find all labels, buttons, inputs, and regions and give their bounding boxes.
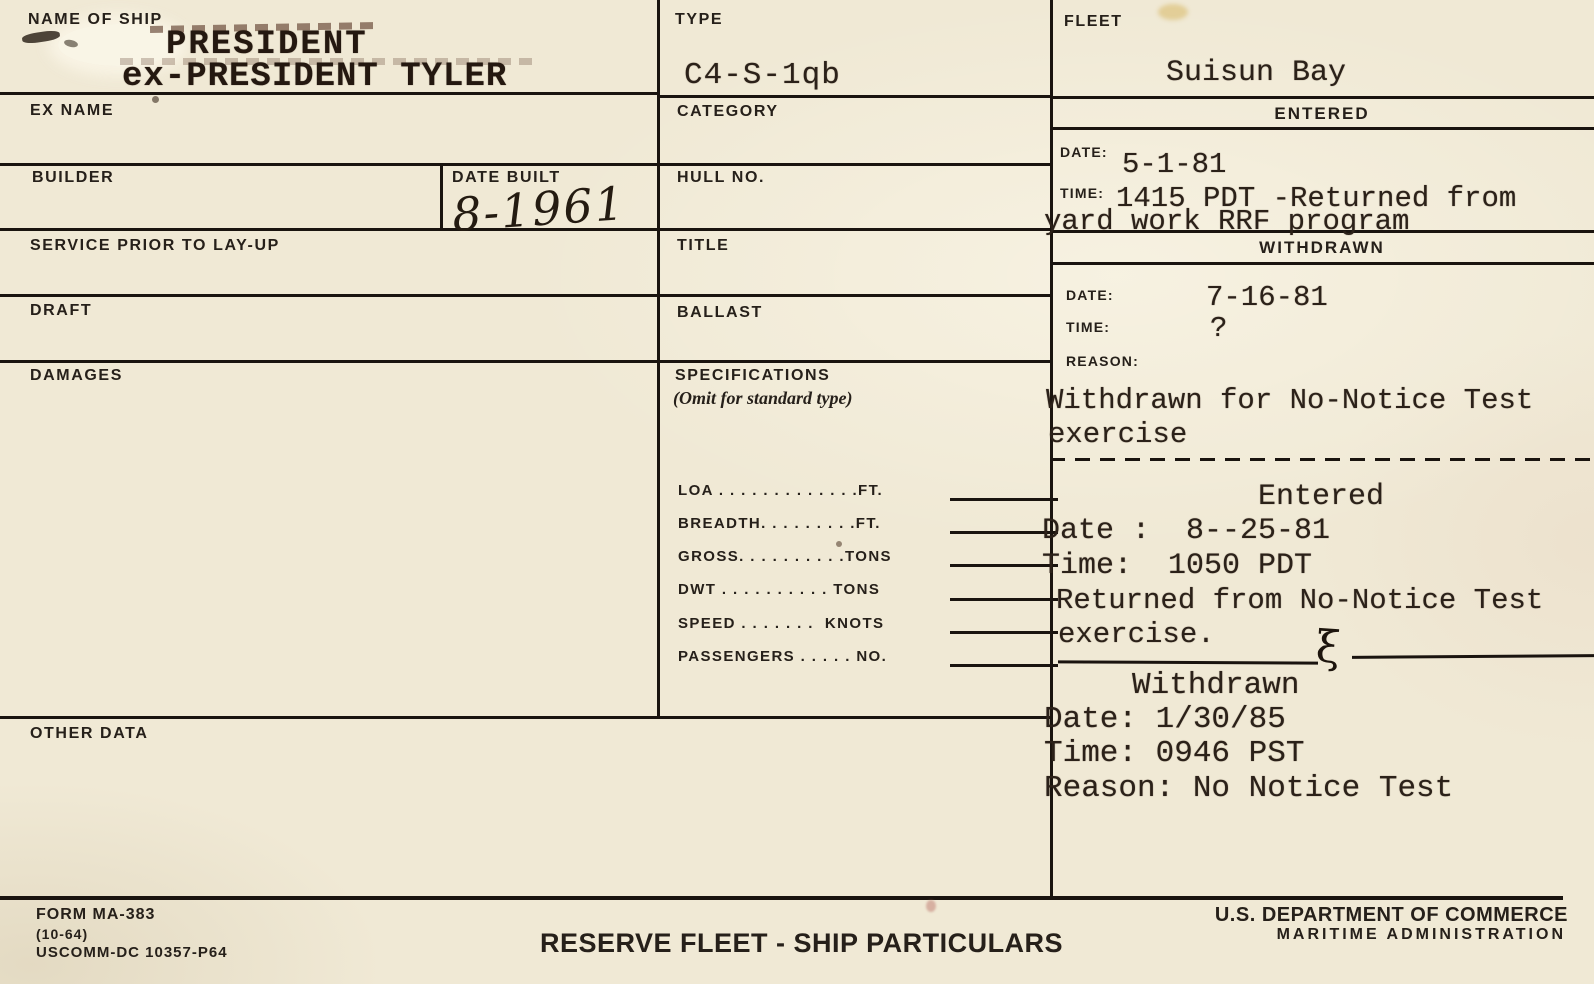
scan-smudge [21,29,60,44]
grid-line [1050,127,1594,130]
spec-speed-label: SPEED . . . . . . . KNOTS [678,615,884,632]
specifications-label: SPECIFICATIONS [675,368,830,384]
withdrawn2-heading: Withdrawn [1132,670,1299,701]
title-label: TITLE [677,238,729,254]
spec-loa-blank [950,498,1058,501]
damages-label: DAMAGES [30,368,123,384]
entered2-time-line: Time: 1050 PDT [1042,551,1312,581]
type-label: TYPE [675,12,723,28]
entered-time-label: TIME: [1060,186,1104,200]
other-data-label: OTHER DATA [30,726,149,742]
withdrawn2-time-line: Time: 0946 PST [1044,738,1304,769]
date-built-value-handwritten: 8-1961 [450,176,627,242]
withdrawn-reason-line2: exercise [1048,420,1187,449]
spec-breadth-label: BREADTH. . . . . . . . .FT. [678,515,881,532]
withdrawn-time-value: ? [1210,314,1227,343]
grid-line [0,294,1050,297]
withdrawn-time-label: TIME: [1066,320,1110,334]
grid-line [0,163,1050,166]
withdrawn-reason-line1: Withdrawn for No-Notice Test [1046,386,1533,415]
grid-line [440,163,443,228]
grid-line [657,95,1050,98]
withdrawn2-date-line: Date: 1/30/85 [1044,704,1286,735]
grid-line [1050,262,1594,265]
draft-label: DRAFT [30,303,92,319]
fleet-label: FLEET [1064,14,1123,30]
spec-dwt-label: DWT . . . . . . . . . . TONS [678,581,880,598]
hull-no-label: HULL NO. [677,170,765,186]
agency-division: MARITIME ADMINISTRATION [1277,926,1566,944]
entered-note-value: yard work RRF program [1044,207,1409,236]
grid-line [0,716,1050,719]
entered2-note-line2: exercise. [1058,620,1215,649]
spec-gross-label: GROSS. . . . . . . . . .TONS [678,548,892,565]
spec-speed-blank [950,631,1058,634]
withdrawn-section-header: WITHDRAWN [1050,238,1594,258]
name-of-ship-label: NAME OF SHIP [28,12,163,28]
specifications-note: (Omit for standard type) [673,388,853,409]
hand-drawn-line [1352,654,1594,659]
type-value: C4-S-1qb [684,60,841,91]
grid-line [0,360,1050,363]
ex-name-label: EX NAME [30,103,114,119]
withdrawn-date-value: 7-16-81 [1206,283,1328,312]
grid-line [1050,96,1594,99]
card-bottom-border [0,896,1563,900]
dashed-separator [1050,458,1594,461]
grid-line [657,0,660,716]
scan-speck [836,541,842,547]
entered-date-label: DATE: [1060,145,1108,159]
builder-label: BUILDER [32,170,114,186]
form-revision: (10-64) [36,926,88,942]
withdrawn-reason-label: REASON: [1066,354,1139,368]
ballast-label: BALLAST [677,305,763,321]
withdrawn2-reason-line: Reason: No Notice Test [1044,773,1453,804]
form-number: FORM MA-383 [36,906,155,924]
entered2-date-line: Date : 8--25-81 [1042,516,1330,546]
card-title: RESERVE FLEET - SHIP PARTICULARS [540,928,1063,959]
entered2-note-line1: Returned from No-Notice Test [1056,586,1543,615]
ship-ex-name-value: ex-PRESIDENT TYLER [122,60,507,94]
entered-section-header: ENTERED [1050,104,1594,124]
scan-stain [926,900,936,912]
fleet-value: Suisun Bay [1166,58,1346,88]
spec-passengers-label: PASSENGERS . . . . . NO. [678,648,887,665]
agency-name: U.S. DEPARTMENT OF COMMERCE [1215,904,1568,927]
withdrawn-date-label: DATE: [1066,288,1114,302]
hand-drawn-line [1058,660,1318,664]
form-code: USCOMM-DC 10357-P64 [36,944,228,961]
entered-date-value: 5-1-81 [1122,150,1226,179]
scan-speck [152,96,159,103]
hand-drawn-brace: ξ [1314,621,1342,674]
spec-passengers-blank [950,664,1058,667]
service-prior-label: SERVICE PRIOR TO LAY-UP [30,238,280,254]
scan-stain [1158,4,1188,20]
category-label: CATEGORY [677,104,779,120]
spec-dwt-blank [950,598,1058,601]
ship-name-value: PRESIDENT [166,28,368,62]
entered2-heading: Entered [1258,482,1384,512]
spec-loa-label: LOA . . . . . . . . . . . . .FT. [678,482,883,499]
ship-particulars-card: ξ NAME OF SHIP PRESIDENT ex-PRESIDENT TY… [0,0,1594,984]
